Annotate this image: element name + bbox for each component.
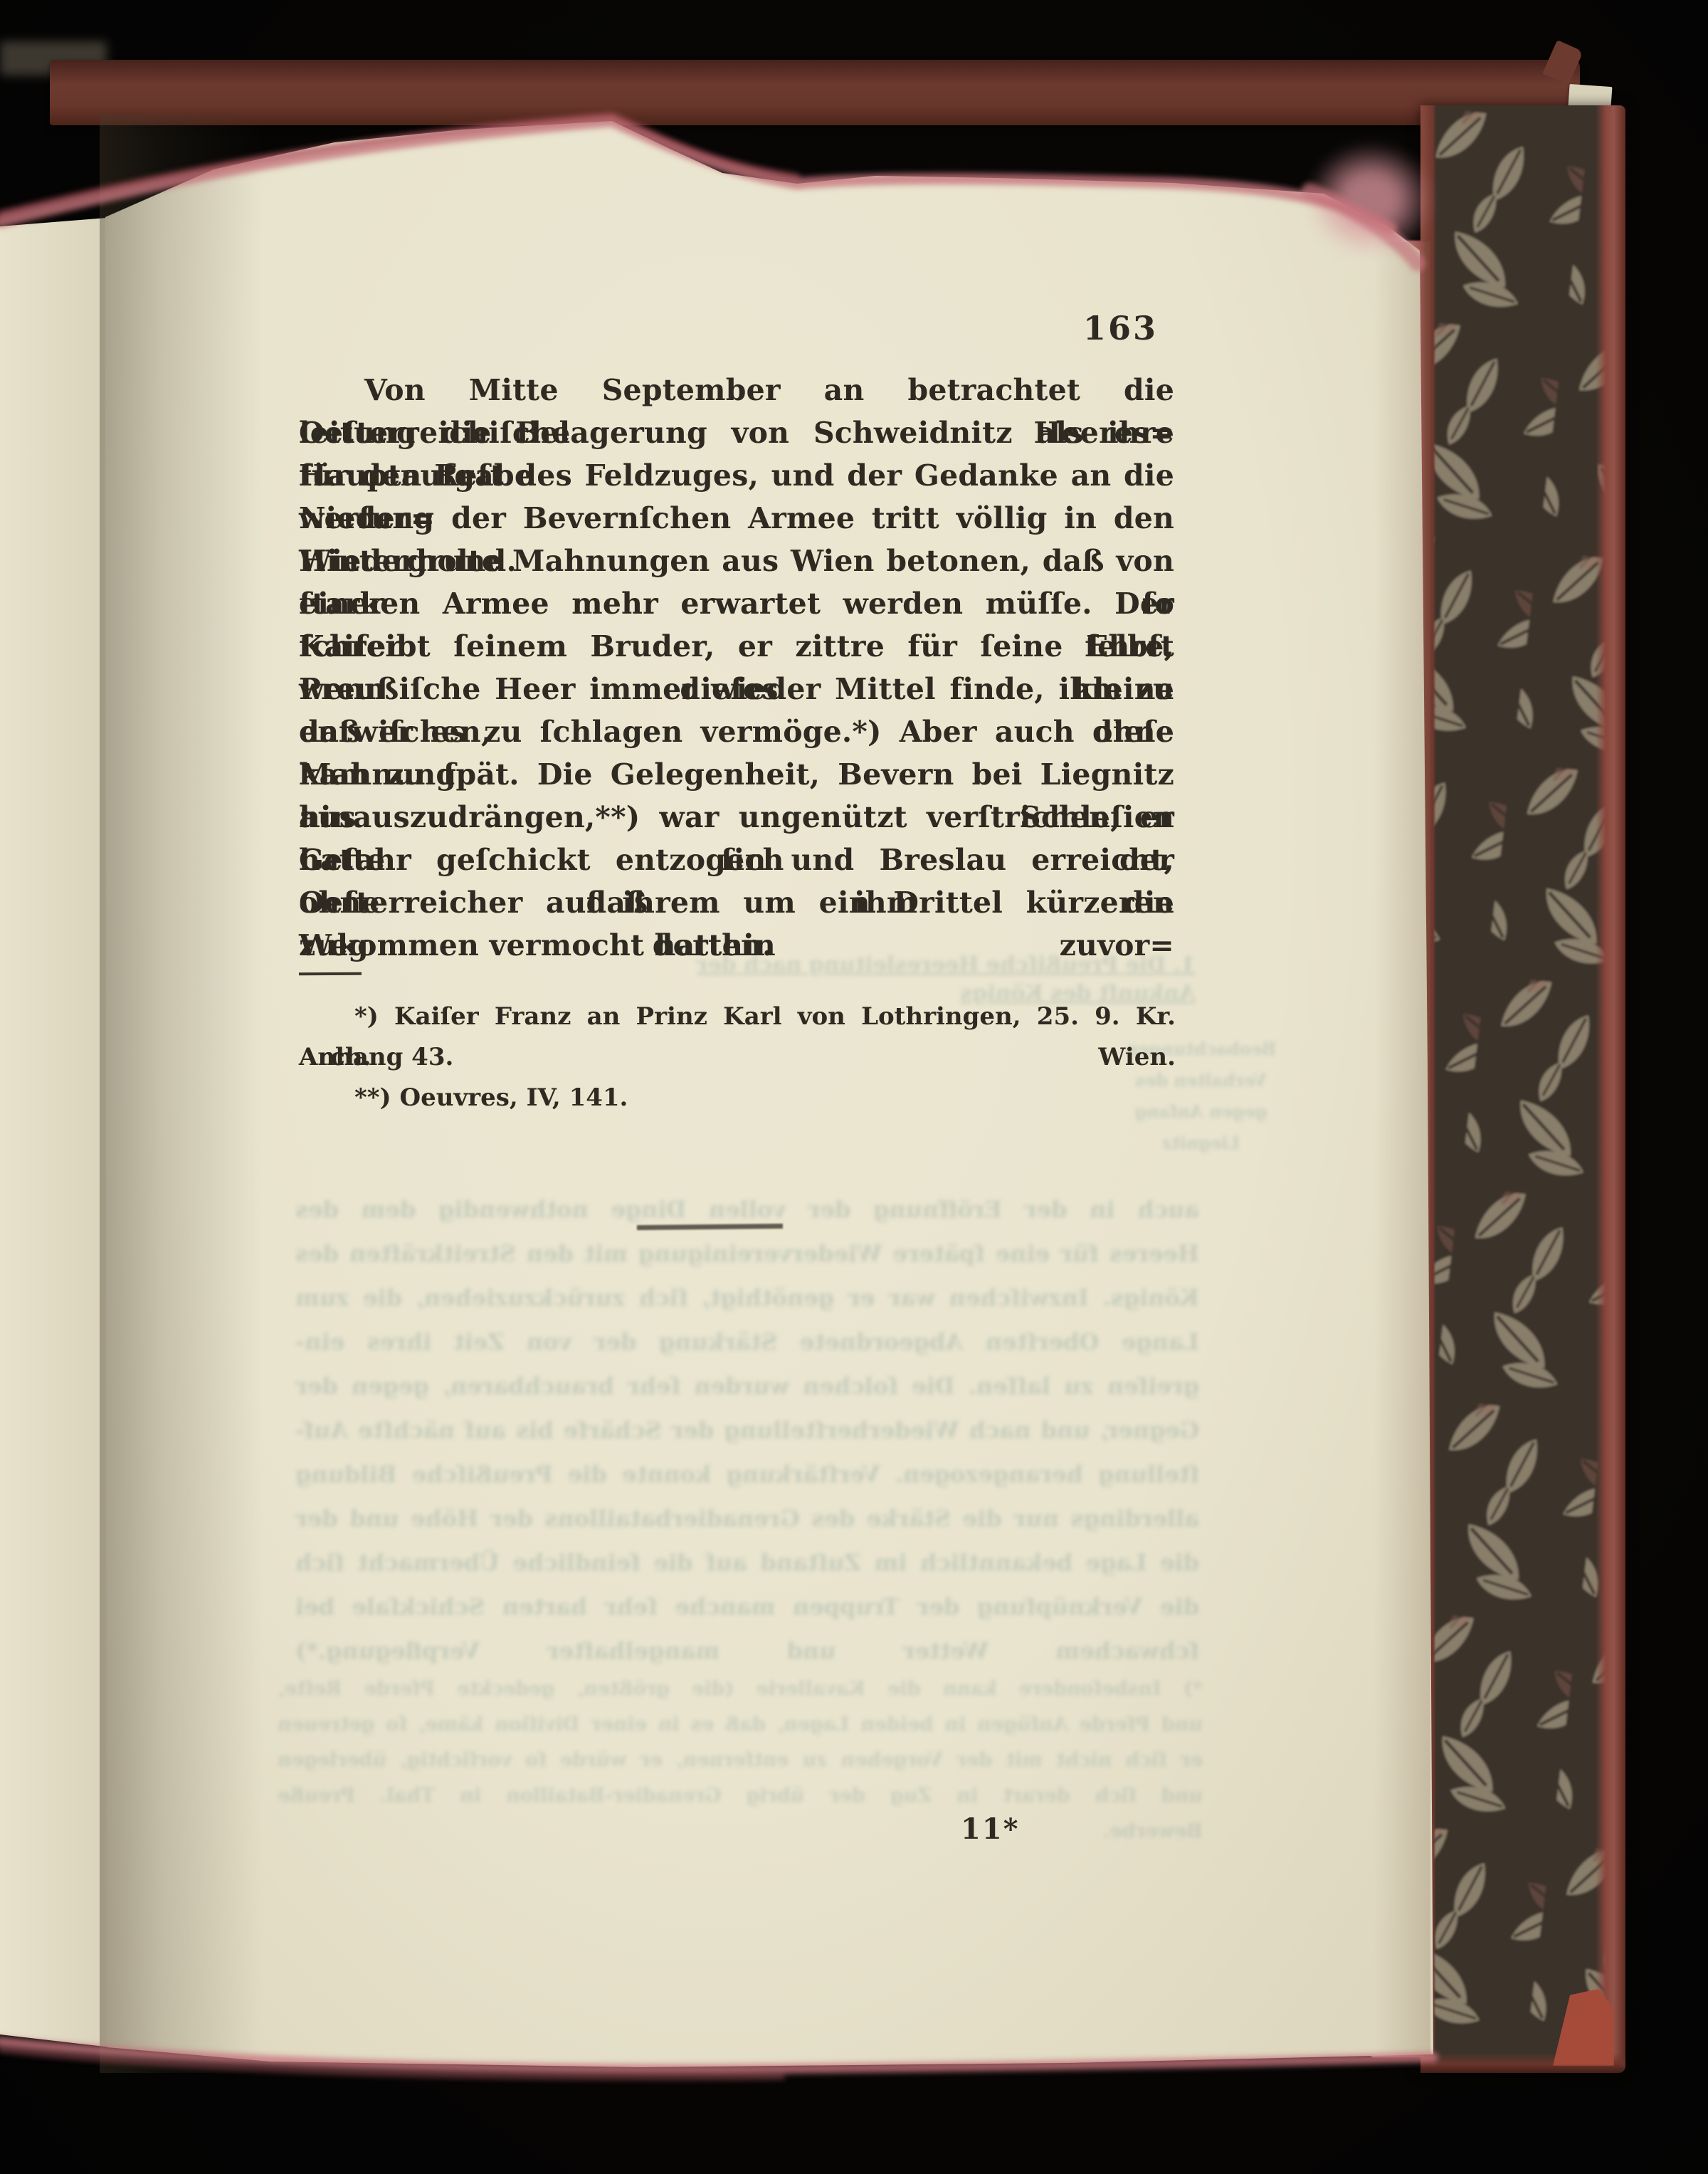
ghost-line: und ſich derart in Zug der übrig Grenadi… [278, 1778, 1203, 1814]
ghost-line: ſtellung herangezogen. Verſtärkung konnt… [295, 1452, 1199, 1496]
body-text-line: für den Reſt des Feldzuges, und der Geda… [299, 454, 1174, 497]
footnote-rule [299, 972, 362, 976]
body-text-line: Oeſterreicher auf ihrem um ein Drittel k… [299, 881, 1174, 924]
page-corner-pink-tint [1307, 142, 1435, 256]
page-edge-shadow [1374, 242, 1430, 2057]
ghost-line: und Pferde Anfügen in beiden Lagen, daß … [278, 1707, 1203, 1743]
cover-outer-leather-strip [1596, 105, 1625, 2073]
book-cover-board [1420, 105, 1625, 2073]
ghost-line: er ſich nicht mit der Vorgehen zu entfer… [278, 1743, 1203, 1778]
ghost-line: allerdings nur die Stärke des Grenadierb… [295, 1496, 1199, 1540]
page-number: 163 [1083, 309, 1158, 347]
ghost-line: Königs. Inzwiſchen war er genöthigt, ſic… [295, 1276, 1199, 1320]
footnote-line: **) Oeuvres, IV, 141. [299, 1078, 1176, 1118]
cover-top-leather-edge [50, 60, 1580, 125]
body-text-line: ſtarken Armee mehr erwartet werden müſſe… [299, 582, 1174, 625]
body-text-line: Von Mitte September an betrachtet die Oe… [299, 369, 1174, 411]
gutter-shadow [100, 114, 263, 2073]
body-text-line: leitung die Belagerung von Schweidnitz a… [299, 411, 1174, 454]
body-text-line: hinauszudrängen,**) war ungenützt verſtr… [299, 796, 1174, 839]
ghost-line: Gegner, und nach Wiederherſtellung der S… [295, 1408, 1199, 1452]
footnote-line: *) Kaiſer Franz an Prinz Karl von Lothri… [299, 997, 1176, 1037]
body-text: Von Mitte September an betrachtet die Oe… [299, 369, 1174, 967]
footnotes: *) Kaiſer Franz an Prinz Karl von Lothri… [299, 997, 1176, 1118]
ghost-line: greifen zu laſſen. Die ſolchen wurden ſe… [295, 1364, 1199, 1408]
ghost-line: die Lage bekanntlich im Zuſtand auf die … [295, 1540, 1199, 1585]
ghost-line: ſchwachem Wetter und mangelhafter Verpfl… [295, 1629, 1199, 1673]
ghost-line: Bewerbe. [278, 1814, 1203, 1849]
book-scan: BeobachtungenVerhalten desgegen AnfangLi… [0, 0, 1708, 2174]
body-text-line: Preußiſche Heer immer wieder Mittel find… [299, 668, 1174, 710]
leaf-pattern [1420, 105, 1625, 2073]
ghost-line: Liegnitz [1124, 1128, 1277, 1159]
ghost-line: Heeres für eine ſpätere Wiedervereinigun… [295, 1232, 1199, 1276]
body-text-line: Gefahr geſchickt entzogen und Breslau er… [299, 839, 1174, 881]
ghost-line: Lange Oberſten Abgeordnete Stärkung der … [295, 1320, 1199, 1364]
body-text-line: werfung der Bevernſchen Armee tritt völl… [299, 497, 1174, 540]
body-text-line: ſchreibt ſeinem Bruder, er zittre für ſe… [299, 625, 1174, 668]
body-text-line: kam zu ſpät. Die Gelegenheit, Bevern bei… [299, 753, 1174, 796]
ghost-line: die Verknüpfung der Truppen manche ſehr … [295, 1585, 1199, 1629]
body-text-line: daß er es zu ſchlagen vermöge.*) Aber au… [299, 710, 1174, 753]
bleed-through-body: auch in der Eröffnung der vollen Dinge n… [295, 1187, 1199, 1673]
bleed-through-footnote: *) Insbeſondere kann die Kavallerie (die… [278, 1671, 1203, 1849]
signature-mark: 11* [961, 1812, 1020, 1846]
body-text-line: Wiederholte Mahnungen aus Wien betonen, … [299, 540, 1174, 582]
ghost-line: *) Insbeſondere kann die Kavallerie (die… [278, 1671, 1203, 1707]
